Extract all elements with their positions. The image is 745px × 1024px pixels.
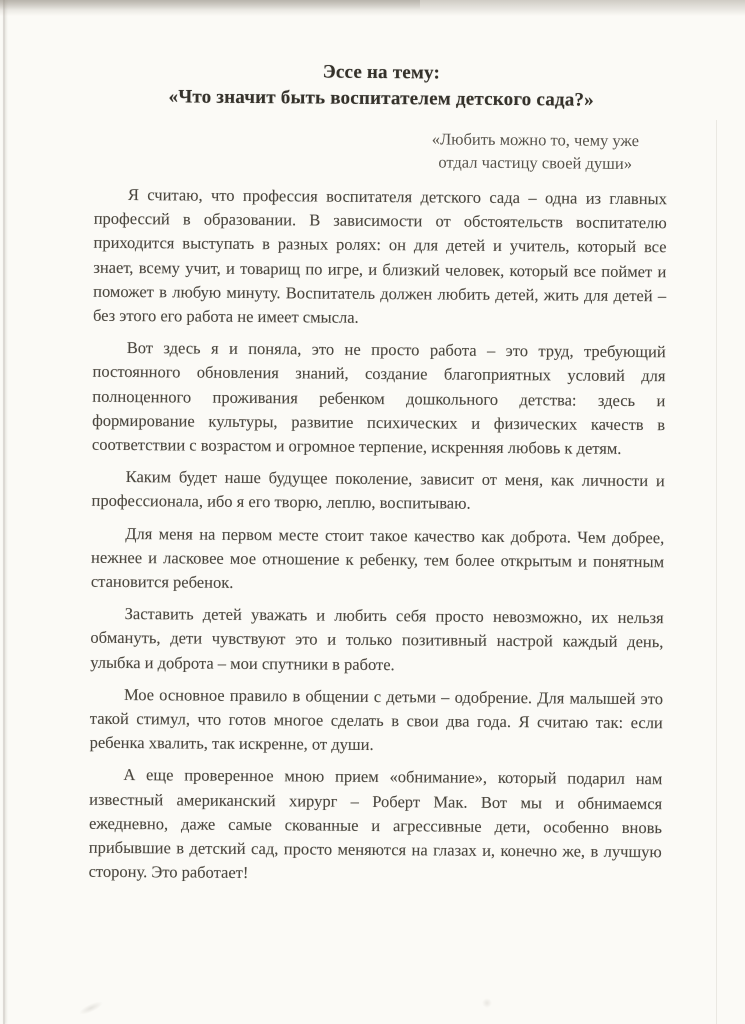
epigraph-line1: «Любить можно то, чему уже bbox=[407, 127, 663, 152]
essay-title-line2: «Что значит быть воспитателем детского с… bbox=[95, 83, 668, 113]
scan-artifact-right-edge bbox=[716, 120, 717, 1024]
essay-paragraph-6: Мое основное правило в общении с детьми … bbox=[90, 683, 664, 760]
essay-paragraph-3: Каким будет наше будущее поколение, зави… bbox=[91, 465, 664, 518]
essay-title: Эссе на тему: «Что значит быть воспитате… bbox=[95, 58, 668, 113]
essay-content: Эссе на тему: «Что значит быть воспитате… bbox=[88, 58, 668, 897]
essay-paragraph-1: Я считаю, что профессия воспитателя детс… bbox=[93, 183, 667, 333]
essay-paragraph-4: Для меня на первом месте стоит такое кач… bbox=[91, 521, 665, 598]
scan-artifact-left-edge bbox=[3, 0, 5, 1024]
scan-artifact-smudge bbox=[482, 998, 492, 1008]
epigraph: «Любить можно то, чему уже отдал частицу… bbox=[407, 127, 663, 175]
essay-paragraph-5: Заставить детей уважать и любить себя пр… bbox=[90, 602, 664, 679]
epigraph-line2: отдал частицу своей души» bbox=[407, 150, 663, 175]
scan-artifact-top-left-shadow bbox=[0, 0, 420, 10]
scan-artifact-smudge bbox=[78, 999, 105, 1017]
essay-paragraph-7: А еще проверенное мною прием «обнимание»… bbox=[89, 763, 663, 889]
scan-artifact-top-edge bbox=[0, 0, 745, 16]
essay-paragraph-2: Вот здесь я и поняла, это не просто рабо… bbox=[92, 336, 666, 462]
scanned-page: Эссе на тему: «Что значит быть воспитате… bbox=[0, 0, 745, 1024]
